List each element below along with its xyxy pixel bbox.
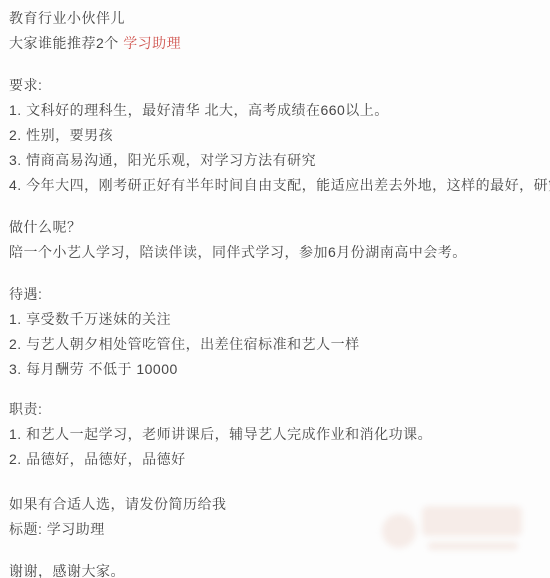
job-title-link[interactable]: 学习助理 [123,35,181,51]
closing-line-2: 标题: 学习助理 [9,517,540,542]
requirements-item-1: 1. 文科好的理科生，最好清华 北大，高考成绩在660以上。 [9,98,540,123]
requirements-item-2: 2. 性别，要男孩 [9,123,540,148]
what-to-do-description: 陪一个小艺人学习，陪读伴读，同伴式学习，参加6月份湖南高中会考。 [9,240,540,265]
benefits-item-1: 1. 享受数千万迷妹的关注 [9,307,540,332]
duties-item-1: 1. 和艺人一起学习，老师讲课后，辅导艺人完成作业和消化功课。 [9,422,540,447]
job-post-document: 教育行业小伙伴儿 大家谁能推荐2个 学习助理 要求: 1. 文科好的理科生，最好… [0,0,550,578]
requirements-item-4: 4. 今年大四，刚考研正好有半年时间自由支配，能适应出差去外地，这样的最好，研究… [9,173,540,198]
intro-line-2-text: 大家谁能推荐2个 [9,35,123,51]
requirements-item-3: 3. 情商高易沟通，阳光乐观，对学习方法有研究 [9,148,540,173]
what-to-do-heading: 做什么呢？ [9,215,540,240]
section-requirements: 要求: 1. 文科好的理科生，最好清华 北大，高考成绩在660以上。 2. 性别… [9,73,540,198]
duties-heading: 职责: [9,397,540,422]
thanks-line: 谢谢，感谢大家。 [9,559,540,578]
thanks-block: 谢谢，感谢大家。 [9,559,540,578]
benefits-item-3: 3. 每月酬劳 不低于 10000 [9,357,540,382]
duties-item-2: 2. 品德好，品德好，品德好 [9,447,540,472]
benefits-heading: 待遇: [9,282,540,307]
section-duties: 职责: 1. 和艺人一起学习，老师讲课后，辅导艺人完成作业和消化功课。 2. 品… [9,397,540,472]
section-benefits: 待遇: 1. 享受数千万迷妹的关注 2. 与艺人朝夕相处管吃管住，出差住宿标准和… [9,282,540,382]
closing-block: 如果有合适人选，请发份简历给我 标题: 学习助理 [9,492,540,542]
closing-line-1: 如果有合适人选，请发份简历给我 [9,492,540,517]
requirements-heading: 要求: [9,73,540,98]
intro-line-2: 大家谁能推荐2个 学习助理 [9,31,540,56]
section-what-to-do: 做什么呢？ 陪一个小艺人学习，陪读伴读，同伴式学习，参加6月份湖南高中会考。 [9,215,540,265]
benefits-item-2: 2. 与艺人朝夕相处管吃管住，出差住宿标准和艺人一样 [9,332,540,357]
intro-line-1: 教育行业小伙伴儿 [9,6,540,31]
